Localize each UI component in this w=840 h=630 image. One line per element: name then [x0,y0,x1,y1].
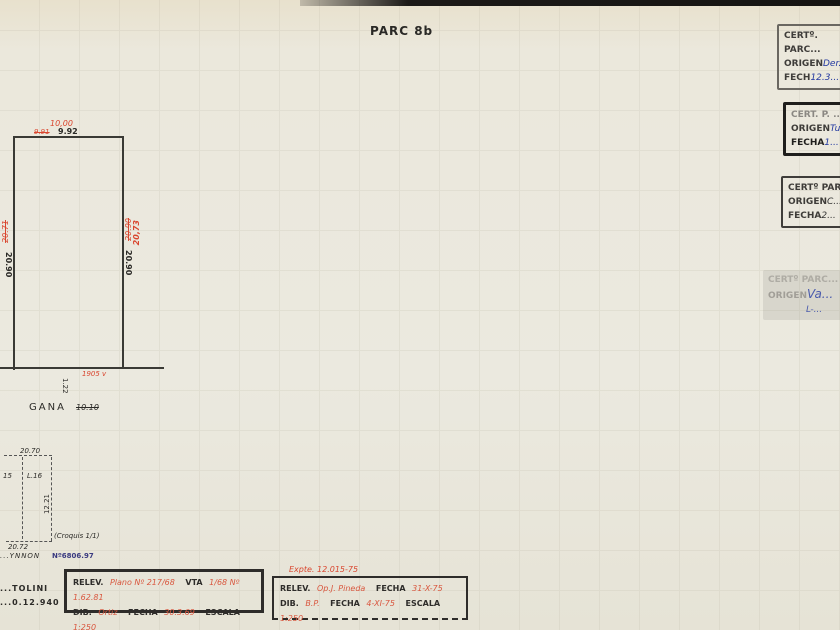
stamp-b1-escala-label: ESCALA [205,608,240,617]
stamp-1-origen-value: Der... [823,59,840,69]
stamp-b2-dib-label: DIB. [280,599,299,608]
sketch-note: (Croquis 1/1) [54,532,99,540]
stamp-b2-relev-value: Op.J. Pineda [317,584,365,593]
parcel-left-edge [13,136,15,370]
footer-left-name: ...TOLINI [0,584,48,593]
bottom-offset: 1.22 [61,378,69,394]
stamp-b2-escala-label: ESCALA [406,599,441,608]
paper-grid [0,0,840,630]
stamp-1-fecha-value: 12.3... [810,73,839,83]
left-dimension-struck: 20.71 [1,220,10,243]
stamp-b1-escala-value: 1:250 [73,623,96,630]
stamp-b2-fecha1-label: FECHA [376,584,406,593]
stamp-b1-relev-label: RELEV. [73,578,103,587]
stamp-b2-fecha2-label: FECHA [330,599,360,608]
stamp-b1-vta-label: VTA [185,578,202,587]
sketch-reference: Nº6806.97 [52,552,94,560]
stamp-2-origen-value: Tu... [830,124,840,134]
street-line [0,367,164,369]
stamp-4-origen-value: Va... [807,287,833,301]
sketch-bottom-dimension: 20.72 [8,543,28,551]
stamp-3-fecha-value: 2... [821,211,835,221]
footer-left-date: ...0.12.940 [0,598,60,607]
stamp-2-origen-label: ORIGEN [791,124,830,134]
stamp-4-fecha-value: L-... [806,305,822,315]
survey-stamp-1: RELEV. Plano Nº 217/68 VTA 1/68 Nº 1.62.… [64,569,264,613]
certificate-stamp-2: CERT. P. ... ORIGENTu... FECHA1... [783,102,840,156]
certificate-stamp-3: CERTº PAR... ORIGENC... FECHA2... [781,176,840,228]
top-dimension-old: 9.92 [58,127,78,136]
stamp-b1-fecha-value: 30.3.69 [164,608,195,617]
scan-top-edge [300,0,840,6]
street-name: GANA [29,402,66,413]
stamp-b2-dib-value: B.P. [305,599,319,608]
stamp-4-title: CERTº PARC... [768,273,840,287]
sketch-top-dimension: 20.70 [20,447,40,455]
stamp-b1-dib-value: Ortiz [98,608,117,617]
stamp-b2-escala-value: 1:250 [280,614,303,623]
stamp-3-fecha-label: FECHA [788,211,821,221]
sketch-lot-15: 15 [3,472,12,480]
sketch-side-dimension: 12.21 [43,494,51,514]
expediente-number: Expte. 12.015-75 [289,565,358,574]
sketch-top-line [4,455,52,456]
stamp-b1-relev-value: Plano Nº 217/68 [110,578,175,587]
certificate-stamp-1: CERTº. PARC... ORIGENDer... FECH12.3... [777,24,840,90]
stamp-1-title: CERTº. PARC... [784,29,840,57]
stamp-b1-fecha-label: FECHA [128,608,158,617]
right-dimension-new: 20,73 [132,220,141,245]
sketch-right-line [51,457,52,541]
stamp-2-fecha-value: 1... [824,138,838,148]
scanned-cadastral-sheet: PARC 8b 10,00 9.91 9.92 20.71 20.90 20.9… [0,0,840,630]
stamp-3-origen-label: ORIGEN [788,197,827,207]
right-dimension-old: 20.90 [124,250,133,275]
sketch-bottom-line [6,541,52,542]
stamp-1-origen-label: ORIGEN [784,59,823,69]
stamp-b2-relev-label: RELEV. [280,584,310,593]
top-dimension-struck: 9.91 [34,128,50,136]
stamp-3-origen-value: C... [827,197,840,207]
stamp-b2-fecha1-value: 31-X-75 [412,584,443,593]
stamp-b2-fecha2-value: 4-XI-75 [366,599,395,608]
stamp-4-origen-label: ORIGEN [768,291,807,301]
stamp-1-fecha-label: FECH [784,73,810,83]
bottom-note: 1905 v [82,370,106,378]
sketch-mid-line [22,457,23,539]
parcel-top-edge [13,136,123,138]
stamp-2-title: CERT. P. ... [791,108,840,122]
sketch-owner-line: ...YNNON [0,552,40,560]
survey-stamp-2: RELEV. Op.J. Pineda FECHA 31-X-75 DIB. B… [272,576,468,620]
page-title: PARC 8b [370,24,433,38]
street-width-struck: 10.10 [76,403,99,412]
stamp-3-title: CERTº PAR... [788,181,840,195]
stamp-b1-dib-label: DIB. [73,608,92,617]
certificate-stamp-4-faded: CERTº PARC... ORIGENVa... L-... [763,270,840,320]
stamp-2-fecha-label: FECHA [791,138,824,148]
sketch-lot-16: L.16 [27,472,42,480]
left-dimension-old: 20.90 [4,252,13,277]
